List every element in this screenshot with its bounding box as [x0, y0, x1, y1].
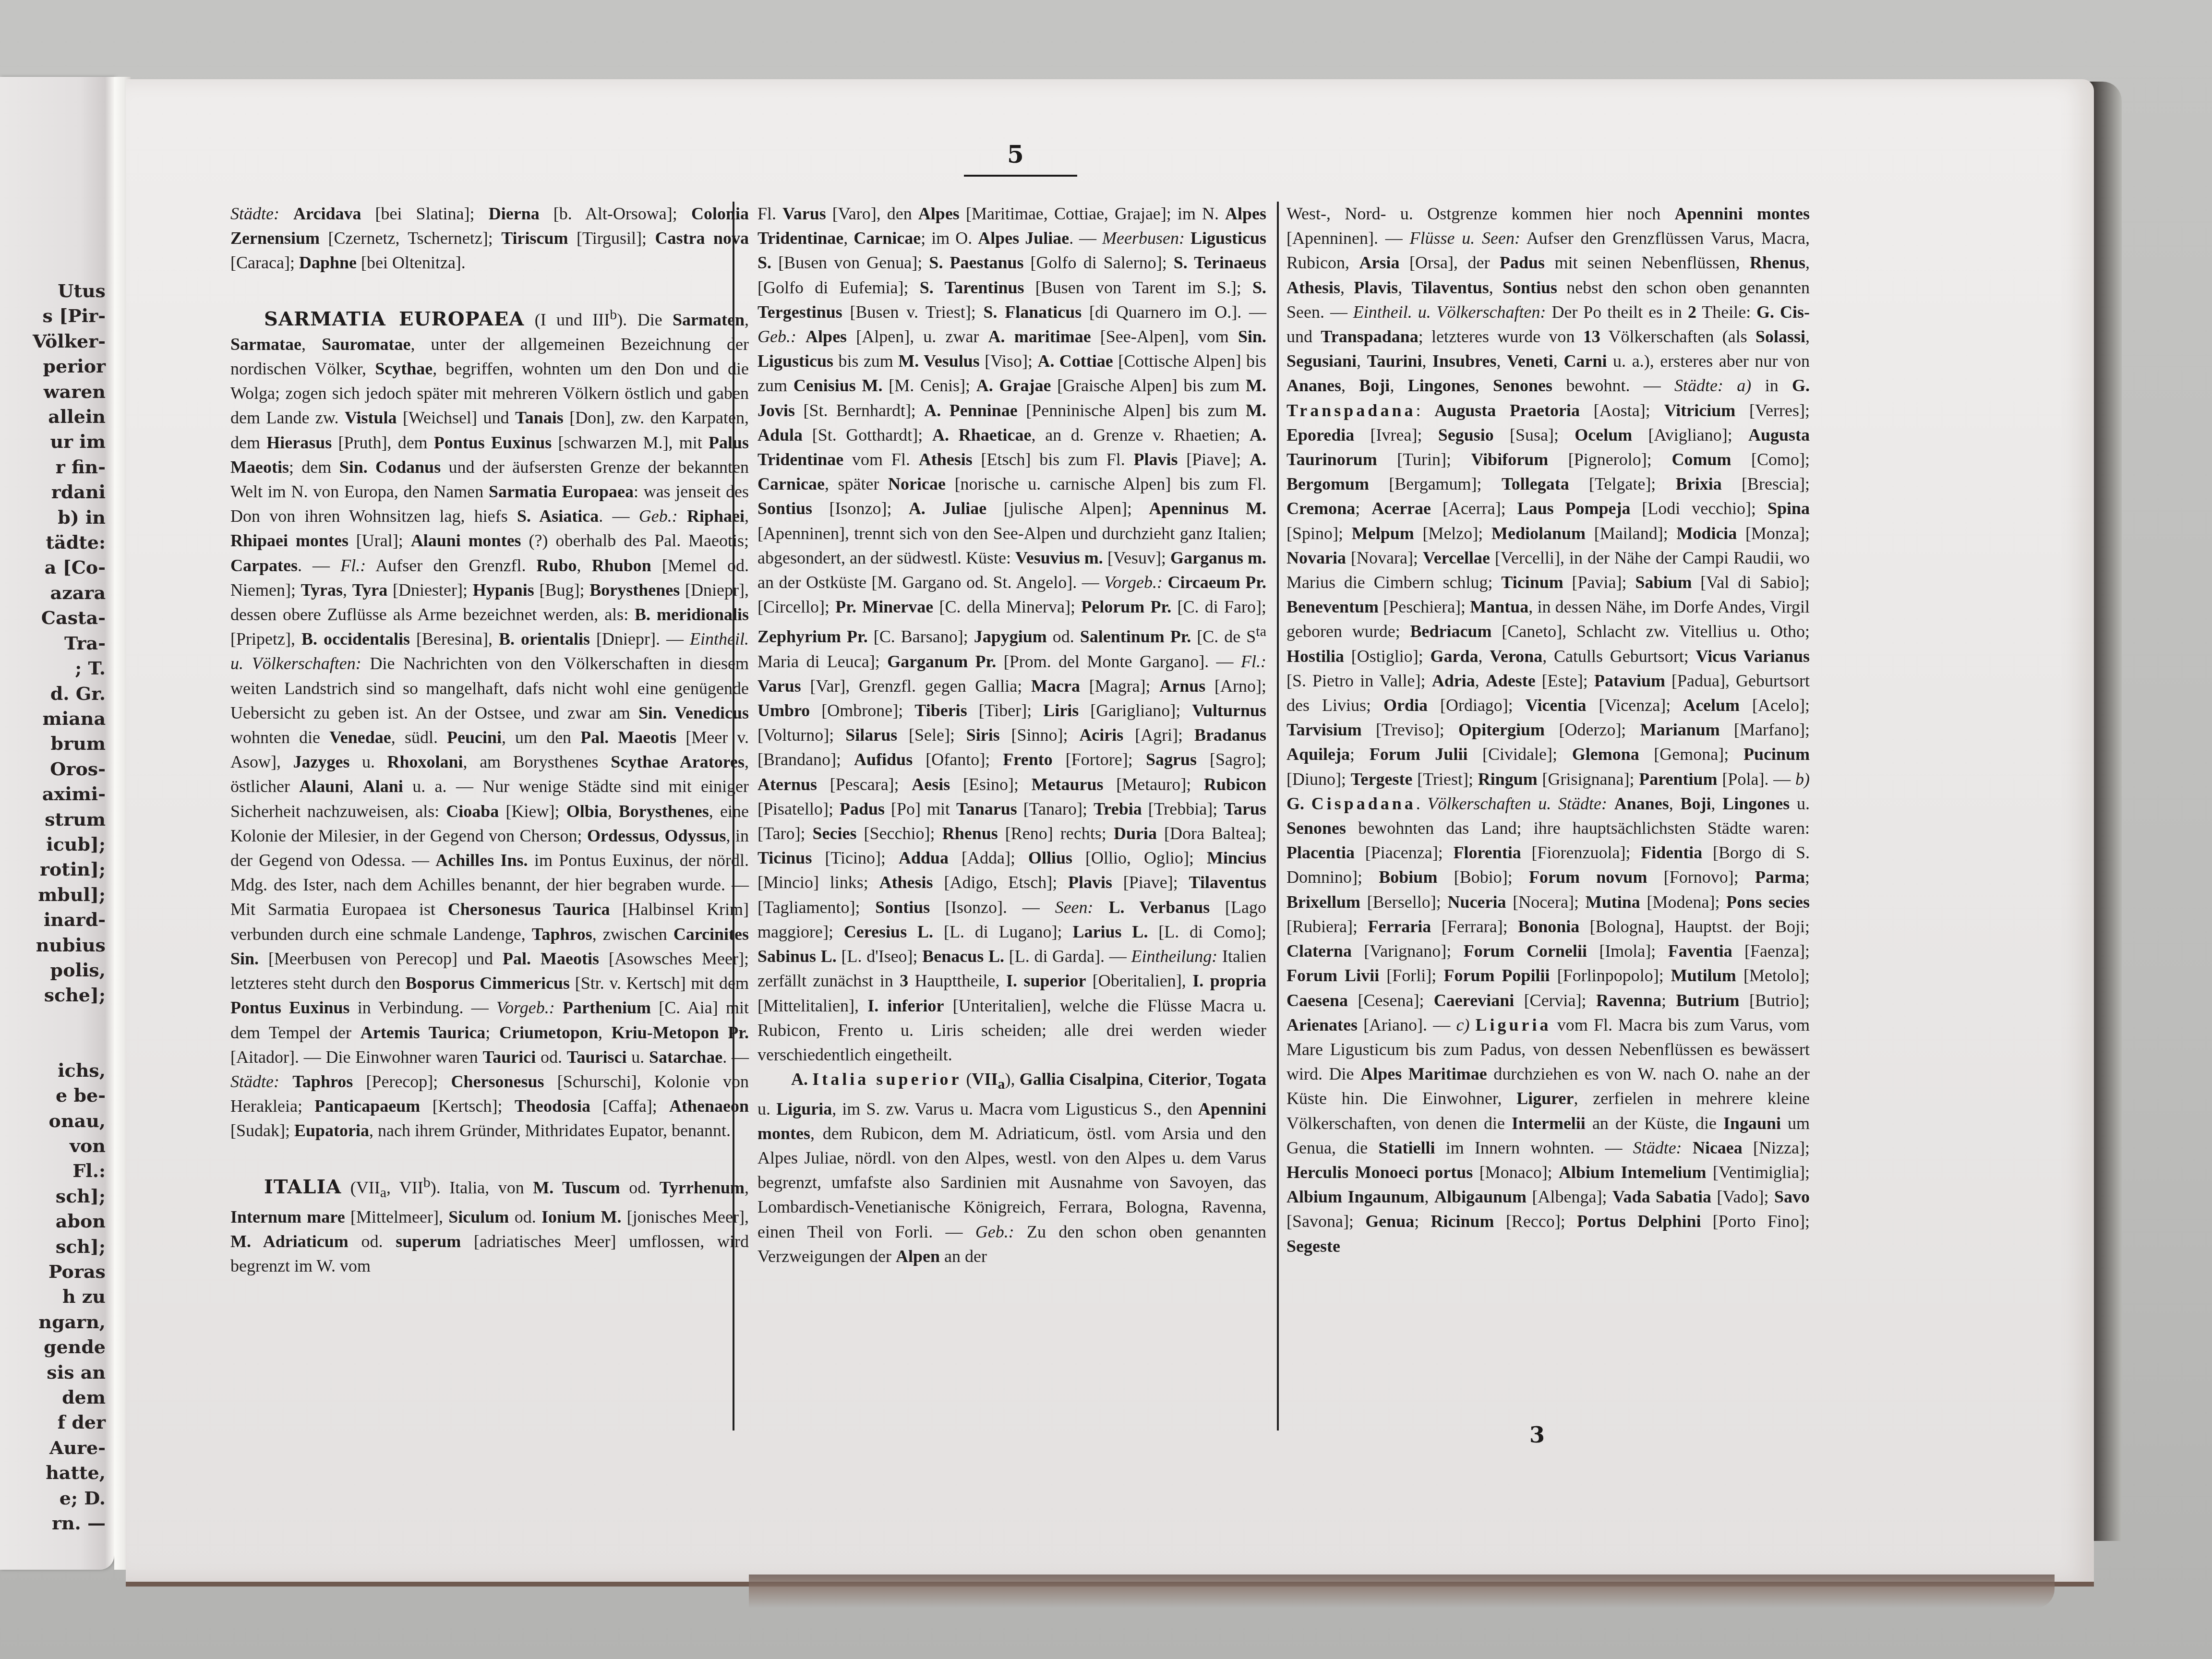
fragment-line: Casta- [10, 605, 106, 630]
left-page-text: Utuss [Pir-Völker-periorwarenalleinur im… [10, 278, 106, 1536]
column-divider [1277, 202, 1279, 1431]
fragment-line: gende [10, 1334, 106, 1359]
fragment-line: rn. — [10, 1511, 106, 1536]
text-paragraph: Städte: Arcidava [bei Slatina]; Dierna [… [230, 202, 749, 276]
fragment-line: e be- [10, 1083, 106, 1108]
fragment-line: Tra- [10, 631, 106, 656]
fragment-line: strum [10, 807, 106, 832]
fragment-line: icub]; [10, 832, 106, 857]
fragment-line: sch]; [10, 1234, 106, 1259]
section-gap [230, 276, 749, 302]
fragment-line: Poras [10, 1259, 106, 1284]
text-column-2: Fl. Varus [Varo], den Alpes [Maritimae, … [757, 202, 1266, 1269]
fragment-line: rotin]; [10, 857, 106, 882]
header-rule [964, 175, 1077, 177]
fragment-line: ngarn, [10, 1310, 106, 1334]
fragment-line: h zu [10, 1284, 106, 1309]
text-paragraph: A. Italia superior (VIIa), Gallia Cisalp… [757, 1067, 1266, 1269]
fragment-line: s [Pir- [10, 303, 106, 328]
fragment-line: abon [10, 1209, 106, 1234]
fragment-line: mbul]; [10, 882, 106, 907]
fragment-line: nubius [10, 933, 106, 958]
fragment-line: waren [10, 379, 106, 404]
fragment-line [10, 1008, 106, 1058]
fragment-line: ichs, [10, 1058, 106, 1083]
fragment-line: ur im [10, 429, 106, 454]
fragment-line: polis, [10, 958, 106, 983]
fragment-line: e; D. [10, 1486, 106, 1511]
fragment-line: aximi- [10, 781, 106, 806]
fragment-line: ; T. [10, 656, 106, 681]
fragment-line: Aure- [10, 1435, 106, 1460]
fragment-line: dem [10, 1385, 106, 1410]
worn-page-edge [749, 1575, 2055, 1608]
fragment-line: hatte, [10, 1460, 106, 1485]
text-paragraph: SARMATIA EUROPAEA (I und IIIb). Die Sarm… [230, 302, 749, 1143]
fragment-line: b) in [10, 505, 106, 530]
text-paragraph: ITALIA (VIIa, VIIb). Italia, von M. Tusc… [230, 1170, 749, 1279]
fragment-line: sche]; [10, 983, 106, 1008]
fragment-line: r fin- [10, 455, 106, 480]
fragment-line: Oros- [10, 757, 106, 781]
fragment-line: onau, [10, 1108, 106, 1133]
signature-mark: 3 [1529, 1422, 1545, 1448]
fragment-line: brum [10, 731, 106, 756]
fragment-line: rdani [10, 480, 106, 505]
fragment-line: a [Co- [10, 555, 106, 580]
fragment-line: miana [10, 706, 106, 731]
fragment-line: Völker- [10, 329, 106, 354]
text-paragraph: West-, Nord- u. Ostgrenze kommen hier no… [1286, 202, 1810, 1259]
section-gap [230, 1143, 749, 1170]
fragment-line: sch]; [10, 1184, 106, 1209]
fragment-line: Utus [10, 278, 106, 303]
fragment-line: tädte: [10, 530, 106, 555]
text-paragraph: Fl. Varus [Varo], den Alpes [Maritimae, … [757, 202, 1266, 1067]
fragment-line: f der [10, 1410, 106, 1435]
page-number: 5 [1007, 140, 1024, 168]
fragment-line: azara [10, 580, 106, 605]
fragment-line: allein [10, 404, 106, 429]
text-column-3: West-, Nord- u. Ostgrenze kommen hier no… [1286, 202, 1810, 1259]
fragment-line: Fl.: [10, 1158, 106, 1183]
fragment-line: perior [10, 354, 106, 379]
fragment-line: sis an [10, 1360, 106, 1385]
left-page-fragment: Utuss [Pir-Völker-periorwarenalleinur im… [0, 77, 114, 1570]
fragment-line: d. Gr. [10, 681, 106, 706]
fragment-line: inard- [10, 907, 106, 932]
text-column-1: Städte: Arcidava [bei Slatina]; Dierna [… [230, 202, 749, 1279]
fragment-line: von [10, 1133, 106, 1158]
